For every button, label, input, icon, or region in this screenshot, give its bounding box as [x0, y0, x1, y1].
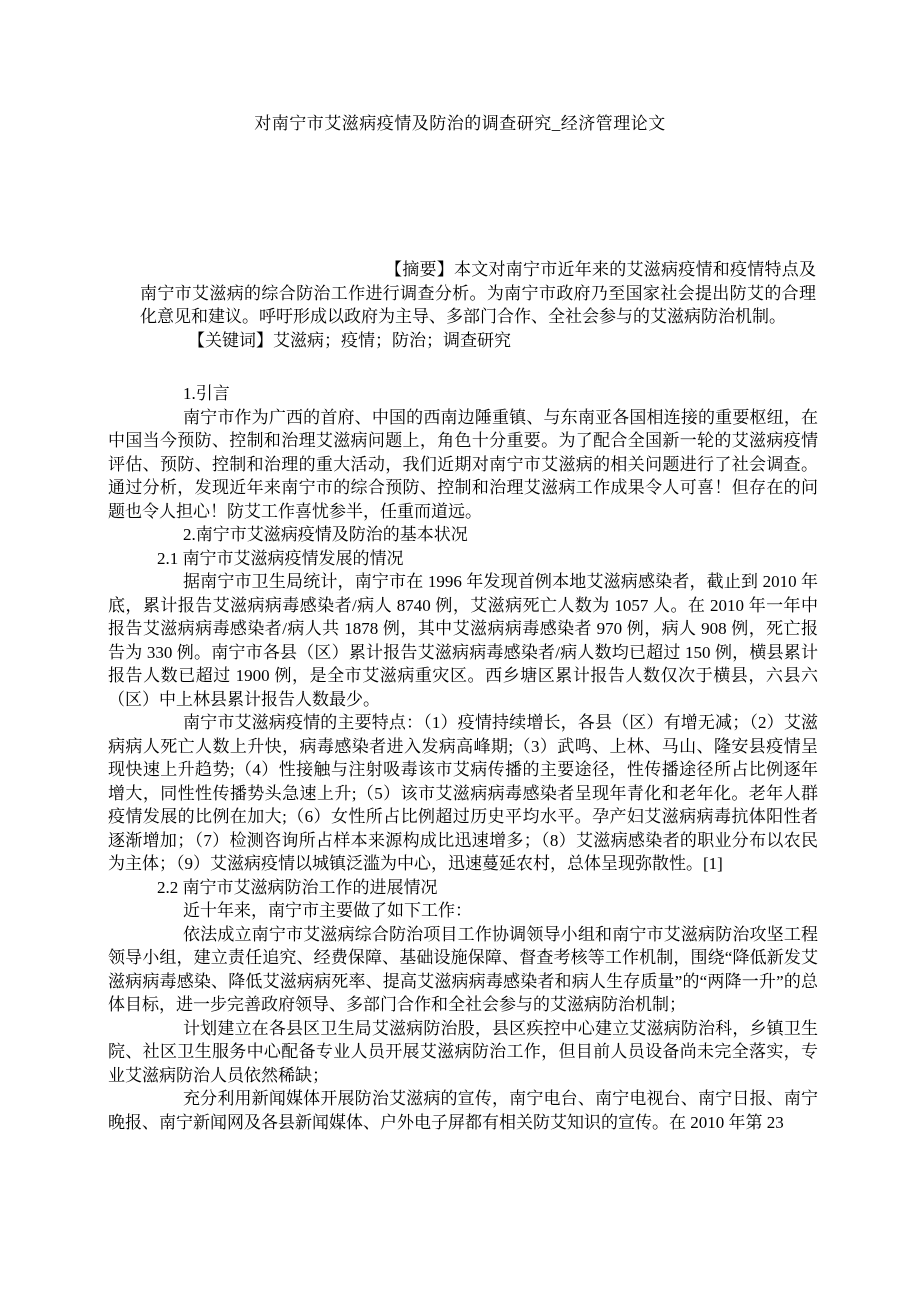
- paragraph-introduction: 南宁市作为广西的首府、中国的西南边陲重镇、与东南亚各国相连接的重要枢纽，在中国当…: [108, 406, 818, 524]
- paragraph-institution-building: 计划建立在各县区卫生局艾滋病防治股，县区疾控中心建立艾滋病防治科，乡镇卫生院、社…: [108, 1017, 818, 1088]
- keywords-paragraph: 【关键词】艾滋病；疫情；防治；调查研究: [140, 329, 816, 353]
- document-title: 对南宁市艾滋病疫情及防治的调查研究_经济管理论文: [0, 112, 920, 136]
- paragraph-work-overview: 近十年来，南宁市主要做了如下工作：: [108, 899, 818, 923]
- abstract-section: 【摘要】本文对南宁市近年来的艾滋病疫情和疫情特点及南宁市艾滋病的综合防治工作进行…: [140, 258, 816, 352]
- paragraph-epidemic-statistics: 据南宁市卫生局统计，南宁市在 1996 年发现首例本地艾滋病感染者，截止到 20…: [108, 570, 818, 711]
- subsection-heading-prevention-progress: 2.2 南宁市艾滋病防治工作的进展情况: [108, 876, 818, 900]
- section-heading-basic-status: 2.南宁市艾滋病疫情及防治的基本状况: [108, 523, 818, 547]
- document-page: 对南宁市艾滋病疫情及防治的调查研究_经济管理论文 【摘要】本文对南宁市近年来的艾…: [0, 0, 920, 1302]
- paragraph-epidemic-characteristics: 南宁市艾滋病疫情的主要特点：（1）疫情持续增长，各县（区）有增无减；（2）艾滋病…: [108, 711, 818, 876]
- paragraph-leading-groups: 依法成立南宁市艾滋病综合防治项目工作协调领导小组和南宁市艾滋病防治攻坚工程领导小…: [108, 923, 818, 1017]
- paragraph-media-publicity: 充分利用新闻媒体开展防治艾滋病的宣传，南宁电台、南宁电视台、南宁日报、南宁晚报、…: [108, 1087, 818, 1134]
- subsection-heading-epidemic-development: 2.1 南宁市艾滋病疫情发展的情况: [108, 547, 818, 571]
- document-body: 1.引言 南宁市作为广西的首府、中国的西南边陲重镇、与东南亚各国相连接的重要枢纽…: [108, 382, 818, 1134]
- abstract-paragraph: 【摘要】本文对南宁市近年来的艾滋病疫情和疫情特点及南宁市艾滋病的综合防治工作进行…: [140, 258, 816, 329]
- section-heading-introduction: 1.引言: [108, 382, 818, 406]
